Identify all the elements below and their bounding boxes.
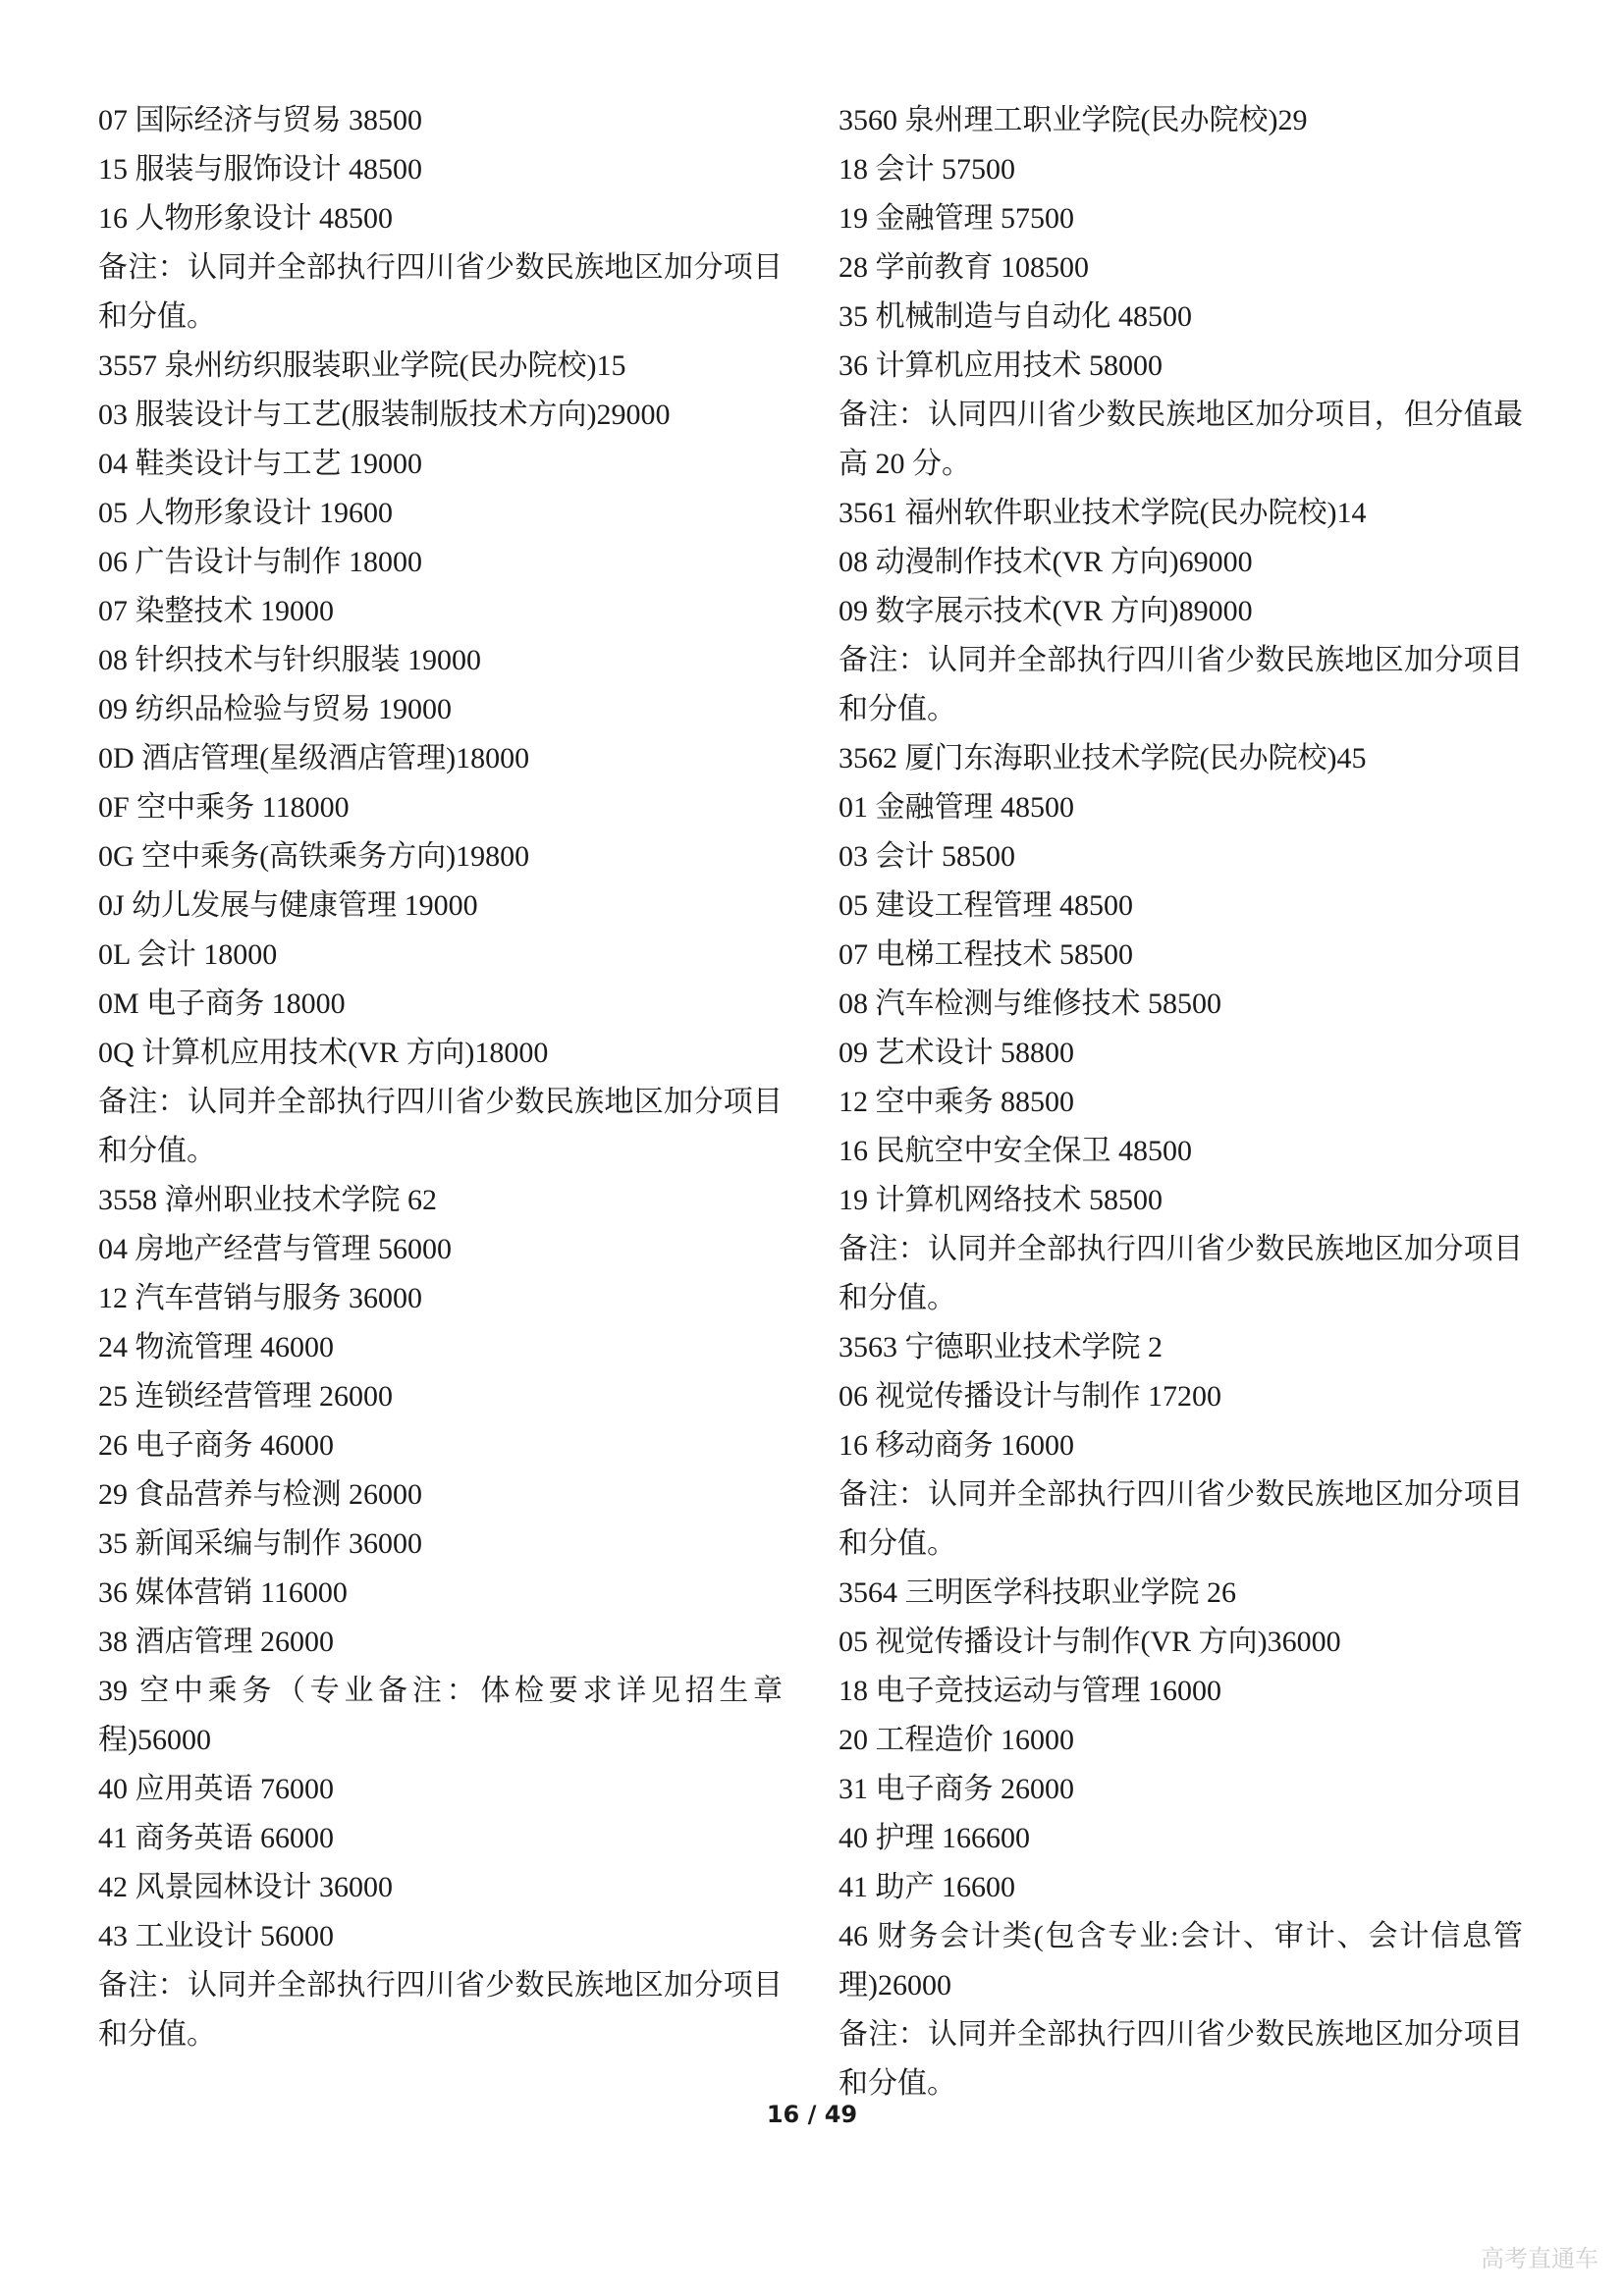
text-line: 16 人物形象设计 48500 (98, 194, 783, 243)
entry: 12 汽车营销与服务 36000 (98, 1274, 783, 1323)
entry: 36 媒体营销 116000 (98, 1569, 783, 1618)
text-line: 04 房地产经营与管理 56000 (98, 1225, 783, 1274)
text-line: 备注：认同并全部执行四川省少数民族地区加分项目 (839, 1470, 1523, 1520)
text-line: 35 新闻采编与制作 36000 (98, 1520, 783, 1569)
text-line: 03 服装设计与工艺(服装制版技术方向)29000 (98, 391, 783, 440)
text-line: 03 会计 58500 (839, 832, 1523, 881)
entry: 3560 泉州理工职业学院(民办院校)29 (839, 96, 1523, 145)
text-line: 3563 宁德职业技术学院 2 (839, 1323, 1523, 1372)
text-line: 0F 空中乘务 118000 (98, 783, 783, 832)
entry: 26 电子商务 46000 (98, 1421, 783, 1470)
text-line: 备注：认同四川省少数民族地区加分项目，但分值最 (839, 391, 1523, 440)
entry: 38 酒店管理 26000 (98, 1618, 783, 1667)
entry: 40 护理 166600 (839, 1814, 1523, 1863)
entry: 31 电子商务 26000 (839, 1765, 1523, 1814)
text-line: 07 国际经济与贸易 38500 (98, 96, 783, 145)
entry: 18 电子竞技运动与管理 16000 (839, 1667, 1523, 1716)
text-line: 和分值。 (98, 1127, 783, 1176)
entry: 0D 酒店管理(星级酒店管理)18000 (98, 734, 783, 783)
entry: 备注：认同并全部执行四川省少数民族地区加分项目和分值。 (98, 1078, 783, 1176)
text-line: 40 护理 166600 (839, 1814, 1523, 1863)
text-line: 0D 酒店管理(星级酒店管理)18000 (98, 734, 783, 783)
text-line: 15 服装与服饰设计 48500 (98, 145, 783, 194)
text-line: 备注：认同并全部执行四川省少数民族地区加分项目 (839, 1225, 1523, 1274)
entry: 25 连锁经营管理 26000 (98, 1372, 783, 1421)
entry: 07 电梯工程技术 58500 (839, 931, 1523, 980)
left-column: 07 国际经济与贸易 3850015 服装与服饰设计 4850016 人物形象设… (98, 96, 783, 2109)
text-line: 43 工业设计 56000 (98, 1912, 783, 1961)
entry: 07 染整技术 19000 (98, 587, 783, 636)
text-line: 12 空中乘务 88500 (839, 1078, 1523, 1127)
text-line: 09 艺术设计 58800 (839, 1029, 1523, 1078)
entry: 35 新闻采编与制作 36000 (98, 1520, 783, 1569)
text-line: 09 纺织品检验与贸易 19000 (98, 685, 783, 734)
text-line: 程)56000 (98, 1716, 783, 1765)
entry: 0G 空中乘务(高铁乘务方向)19800 (98, 832, 783, 881)
entry: 0Q 计算机应用技术(VR 方向)18000 (98, 1029, 783, 1078)
text-line: 06 视觉传播设计与制作 17200 (839, 1372, 1523, 1421)
entry: 20 工程造价 16000 (839, 1716, 1523, 1765)
entry: 08 汽车检测与维修技术 58500 (839, 980, 1523, 1029)
text-line: 25 连锁经营管理 26000 (98, 1372, 783, 1421)
entry: 29 食品营养与检测 26000 (98, 1470, 783, 1520)
text-line: 18 会计 57500 (839, 145, 1523, 194)
text-line: 0G 空中乘务(高铁乘务方向)19800 (98, 832, 783, 881)
entry: 15 服装与服饰设计 48500 (98, 145, 783, 194)
text-line: 和分值。 (839, 1274, 1523, 1323)
entry: 0J 幼儿发展与健康管理 19000 (98, 881, 783, 931)
entry: 24 物流管理 46000 (98, 1323, 783, 1372)
entry: 12 空中乘务 88500 (839, 1078, 1523, 1127)
entry: 备注：认同并全部执行四川省少数民族地区加分项目和分值。 (98, 1961, 783, 2059)
text-line: 06 广告设计与制作 18000 (98, 538, 783, 587)
entry: 04 鞋类设计与工艺 19000 (98, 440, 783, 489)
page-footer: 16 / 49 (0, 2101, 1624, 2128)
text-line: 3560 泉州理工职业学院(民办院校)29 (839, 96, 1523, 145)
entry: 16 移动商务 16000 (839, 1421, 1523, 1470)
text-line: 41 商务英语 66000 (98, 1814, 783, 1863)
entry: 06 视觉传播设计与制作 17200 (839, 1372, 1523, 1421)
text-line: 36 计算机应用技术 58000 (839, 342, 1523, 391)
entry: 03 会计 58500 (839, 832, 1523, 881)
text-line: 07 电梯工程技术 58500 (839, 931, 1523, 980)
text-line: 07 染整技术 19000 (98, 587, 783, 636)
text-line: 备注：认同并全部执行四川省少数民族地区加分项目 (98, 243, 783, 293)
text-line: 19 计算机网络技术 58500 (839, 1176, 1523, 1225)
text-line: 12 汽车营销与服务 36000 (98, 1274, 783, 1323)
entry: 09 纺织品检验与贸易 19000 (98, 685, 783, 734)
entry: 3561 福州软件职业技术学院(民办院校)14 (839, 489, 1523, 538)
text-line: 31 电子商务 26000 (839, 1765, 1523, 1814)
entry: 备注：认同并全部执行四川省少数民族地区加分项目和分值。 (839, 636, 1523, 734)
entry: 备注：认同四川省少数民族地区加分项目，但分值最高 20 分。 (839, 391, 1523, 489)
entry: 05 视觉传播设计与制作(VR 方向)36000 (839, 1618, 1523, 1667)
text-line: 28 学前教育 108500 (839, 243, 1523, 293)
text-line: 42 风景园林设计 36000 (98, 1863, 783, 1912)
entry: 04 房地产经营与管理 56000 (98, 1225, 783, 1274)
entry: 28 学前教育 108500 (839, 243, 1523, 293)
entry: 16 民航空中安全保卫 48500 (839, 1127, 1523, 1176)
text-line: 38 酒店管理 26000 (98, 1618, 783, 1667)
text-line: 05 人物形象设计 19600 (98, 489, 783, 538)
entry: 05 人物形象设计 19600 (98, 489, 783, 538)
text-line: 16 移动商务 16000 (839, 1421, 1523, 1470)
entry: 46 财务会计类(包含专业:会计、审计、会计信息管理)26000 (839, 1912, 1523, 2010)
text-line: 0M 电子商务 18000 (98, 980, 783, 1029)
text-line: 备注：认同并全部执行四川省少数民族地区加分项目 (98, 1961, 783, 2010)
text-line: 01 金融管理 48500 (839, 783, 1523, 832)
entry: 备注：认同并全部执行四川省少数民族地区加分项目和分值。 (98, 243, 783, 342)
text-line: 备注：认同并全部执行四川省少数民族地区加分项目 (98, 1078, 783, 1127)
entry: 3563 宁德职业技术学院 2 (839, 1323, 1523, 1372)
entry: 09 艺术设计 58800 (839, 1029, 1523, 1078)
text-line: 40 应用英语 76000 (98, 1765, 783, 1814)
text-line: 和分值。 (98, 2010, 783, 2059)
text-line: 备注：认同并全部执行四川省少数民族地区加分项目 (839, 2010, 1523, 2059)
text-line: 08 针织技术与针织服装 19000 (98, 636, 783, 685)
text-line: 3558 漳州职业技术学院 62 (98, 1176, 783, 1225)
entry: 08 针织技术与针织服装 19000 (98, 636, 783, 685)
entry: 3558 漳州职业技术学院 62 (98, 1176, 783, 1225)
text-line: 35 机械制造与自动化 48500 (839, 293, 1523, 342)
entry: 41 助产 16600 (839, 1863, 1523, 1912)
entry: 18 会计 57500 (839, 145, 1523, 194)
entry: 06 广告设计与制作 18000 (98, 538, 783, 587)
text-line: 09 数字展示技术(VR 方向)89000 (839, 587, 1523, 636)
entry: 0L 会计 18000 (98, 931, 783, 980)
text-line: 0L 会计 18000 (98, 931, 783, 980)
entry: 备注：认同并全部执行四川省少数民族地区加分项目和分值。 (839, 2010, 1523, 2109)
entry: 08 动漫制作技术(VR 方向)69000 (839, 538, 1523, 587)
entry: 41 商务英语 66000 (98, 1814, 783, 1863)
entry: 05 建设工程管理 48500 (839, 881, 1523, 931)
entry: 43 工业设计 56000 (98, 1912, 783, 1961)
text-line: 05 建设工程管理 48500 (839, 881, 1523, 931)
text-line: 26 电子商务 46000 (98, 1421, 783, 1470)
text-line: 0J 幼儿发展与健康管理 19000 (98, 881, 783, 931)
entry: 03 服装设计与工艺(服装制版技术方向)29000 (98, 391, 783, 440)
text-line: 3562 厦门东海职业技术学院(民办院校)45 (839, 734, 1523, 783)
text-line: 理)26000 (839, 1961, 1523, 2010)
text-line: 29 食品营养与检测 26000 (98, 1470, 783, 1520)
text-line: 16 民航空中安全保卫 48500 (839, 1127, 1523, 1176)
text-line: 3557 泉州纺织服装职业学院(民办院校)15 (98, 342, 783, 391)
entry: 07 国际经济与贸易 38500 (98, 96, 783, 145)
text-line: 46 财务会计类(包含专业:会计、审计、会计信息管 (839, 1912, 1523, 1961)
entry: 3557 泉州纺织服装职业学院(民办院校)15 (98, 342, 783, 391)
entry: 0F 空中乘务 118000 (98, 783, 783, 832)
entry: 16 人物形象设计 48500 (98, 194, 783, 243)
text-line: 05 视觉传播设计与制作(VR 方向)36000 (839, 1618, 1523, 1667)
document-page: 07 国际经济与贸易 3850015 服装与服饰设计 4850016 人物形象设… (0, 0, 1624, 2296)
text-line: 08 汽车检测与维修技术 58500 (839, 980, 1523, 1029)
entry: 09 数字展示技术(VR 方向)89000 (839, 587, 1523, 636)
text-line: 08 动漫制作技术(VR 方向)69000 (839, 538, 1523, 587)
text-line: 24 物流管理 46000 (98, 1323, 783, 1372)
text-line: 18 电子竞技运动与管理 16000 (839, 1667, 1523, 1716)
text-line: 39 空中乘务（专业备注：体检要求详见招生章 (98, 1667, 783, 1716)
page-number: 16 / 49 (767, 2101, 857, 2128)
text-line: 3561 福州软件职业技术学院(民办院校)14 (839, 489, 1523, 538)
text-line: 和分值。 (98, 293, 783, 342)
text-line: 备注：认同并全部执行四川省少数民族地区加分项目 (839, 636, 1523, 685)
entry: 01 金融管理 48500 (839, 783, 1523, 832)
entry: 19 计算机网络技术 58500 (839, 1176, 1523, 1225)
text-columns: 07 国际经济与贸易 3850015 服装与服饰设计 4850016 人物形象设… (98, 96, 1523, 2109)
text-line: 和分值。 (839, 685, 1523, 734)
text-line: 高 20 分。 (839, 440, 1523, 489)
entry: 3564 三明医学科技职业学院 26 (839, 1569, 1523, 1618)
entry: 35 机械制造与自动化 48500 (839, 293, 1523, 342)
entry: 40 应用英语 76000 (98, 1765, 783, 1814)
text-line: 04 鞋类设计与工艺 19000 (98, 440, 783, 489)
text-line: 和分值。 (839, 1520, 1523, 1569)
text-line: 0Q 计算机应用技术(VR 方向)18000 (98, 1029, 783, 1078)
entry: 19 金融管理 57500 (839, 194, 1523, 243)
entry: 42 风景园林设计 36000 (98, 1863, 783, 1912)
entry: 39 空中乘务（专业备注：体检要求详见招生章程)56000 (98, 1667, 783, 1765)
watermark-text: 高考直通车 (1481, 2239, 1598, 2273)
text-line: 36 媒体营销 116000 (98, 1569, 783, 1618)
entry: 0M 电子商务 18000 (98, 980, 783, 1029)
text-line: 20 工程造价 16000 (839, 1716, 1523, 1765)
entry: 备注：认同并全部执行四川省少数民族地区加分项目和分值。 (839, 1470, 1523, 1569)
entry: 36 计算机应用技术 58000 (839, 342, 1523, 391)
right-column: 3560 泉州理工职业学院(民办院校)2918 会计 5750019 金融管理 … (839, 96, 1523, 2109)
entry: 3562 厦门东海职业技术学院(民办院校)45 (839, 734, 1523, 783)
text-line: 41 助产 16600 (839, 1863, 1523, 1912)
entry: 备注：认同并全部执行四川省少数民族地区加分项目和分值。 (839, 1225, 1523, 1323)
text-line: 3564 三明医学科技职业学院 26 (839, 1569, 1523, 1618)
text-line: 19 金融管理 57500 (839, 194, 1523, 243)
